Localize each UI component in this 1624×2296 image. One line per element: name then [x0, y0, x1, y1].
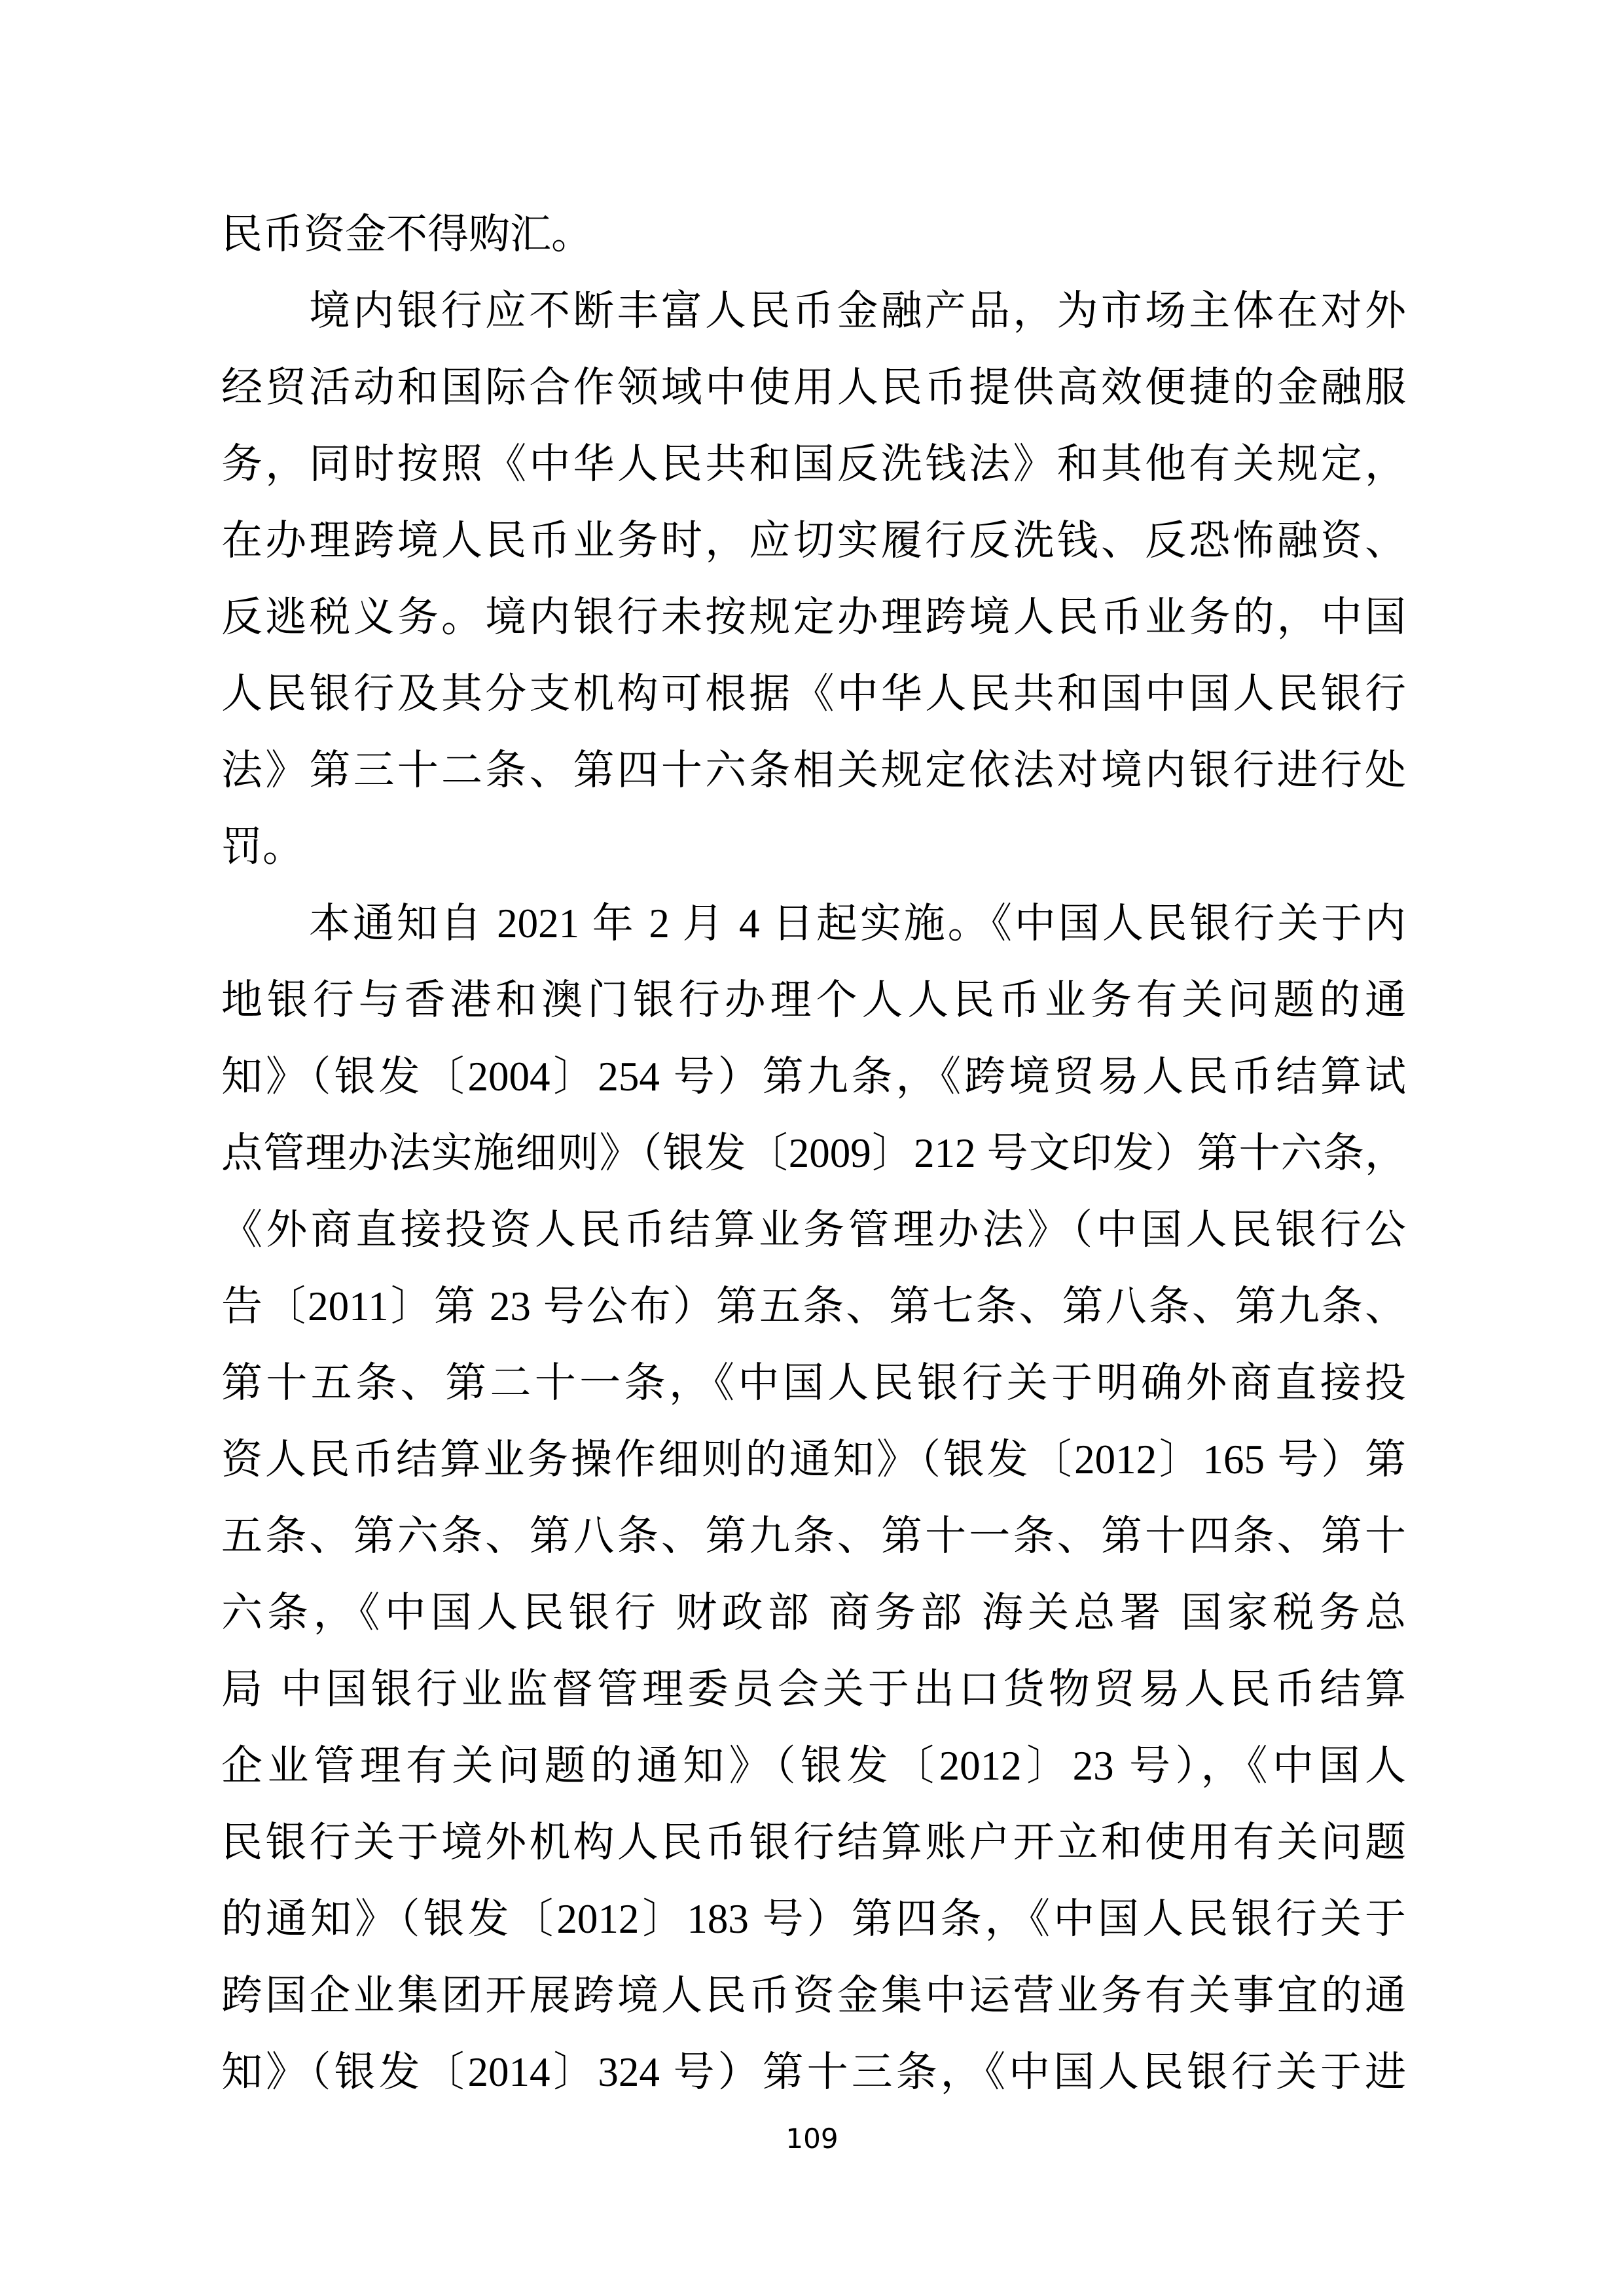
- text-line: 人民银行及其分支机构可根据《中华人民共和国中国人民银行: [221, 656, 1406, 732]
- text-line: 知》（银发〔2014〕324 号）第十三条，《中国人民银行关于进: [221, 2034, 1406, 2111]
- text-line: 五条、第六条、第八条、第九条、第十一条、第十四条、第十: [221, 1498, 1406, 1575]
- text-line: 民银行关于境外机构人民币银行结算账户开立和使用有关问题: [221, 1804, 1406, 1881]
- text-line: 在办理跨境人民币业务时，应切实履行反洗钱、反恐怖融资、: [221, 503, 1406, 579]
- text-line: 企业管理有关问题的通知》（银发〔2012〕23 号），《中国人: [221, 1728, 1406, 1804]
- text-line: 罚。: [221, 809, 1406, 886]
- page-number: 109: [0, 2119, 1624, 2159]
- document-page: 民币资金不得购汇。境内银行应不断丰富人民币金融产品，为市场主体在对外经贸活动和国…: [0, 0, 1624, 2296]
- text-line: 务，同时按照《中华人民共和国反洗钱法》和其他有关规定，: [221, 426, 1406, 503]
- text-line: 跨国企业集团开展跨境人民币资金集中运营业务有关事宜的通: [221, 1958, 1406, 2034]
- text-line: 反逃税义务。境内银行未按规定办理跨境人民币业务的，中国: [221, 579, 1406, 656]
- text-line: 民币资金不得购汇。: [221, 196, 1406, 273]
- document-body: 民币资金不得购汇。境内银行应不断丰富人民币金融产品，为市场主体在对外经贸活动和国…: [221, 196, 1406, 2111]
- text-line: 法》第三十二条、第四十六条相关规定依法对境内银行进行处: [221, 732, 1406, 809]
- text-line: 资人民币结算业务操作细则的通知》（银发〔2012〕165 号）第: [221, 1422, 1406, 1498]
- text-line: 境内银行应不断丰富人民币金融产品，为市场主体在对外: [221, 273, 1406, 350]
- text-line: 局 中国银行业监督管理委员会关于出口货物贸易人民币结算: [221, 1651, 1406, 1728]
- text-line: 第十五条、第二十一条，《中国人民银行关于明确外商直接投: [221, 1345, 1406, 1422]
- text-line: 告〔2011〕第 23 号公布）第五条、第七条、第八条、第九条、: [221, 1268, 1406, 1345]
- text-line: 点管理办法实施细则》（银发〔2009〕212 号文印发）第十六条，: [221, 1115, 1406, 1192]
- text-line: 《外商直接投资人民币结算业务管理办法》（中国人民银行公: [221, 1192, 1406, 1268]
- text-line: 的通知》（银发〔2012〕183 号）第四条，《中国人民银行关于: [221, 1881, 1406, 1958]
- text-line: 本通知自 2021 年 2 月 4 日起实施。《中国人民银行关于内: [221, 886, 1406, 962]
- text-line: 六条，《中国人民银行 财政部 商务部 海关总署 国家税务总: [221, 1575, 1406, 1651]
- text-line: 经贸活动和国际合作领域中使用人民币提供高效便捷的金融服: [221, 350, 1406, 426]
- text-line: 地银行与香港和澳门银行办理个人人民币业务有关问题的通: [221, 962, 1406, 1039]
- text-line: 知》（银发〔2004〕254 号）第九条，《跨境贸易人民币结算试: [221, 1039, 1406, 1115]
